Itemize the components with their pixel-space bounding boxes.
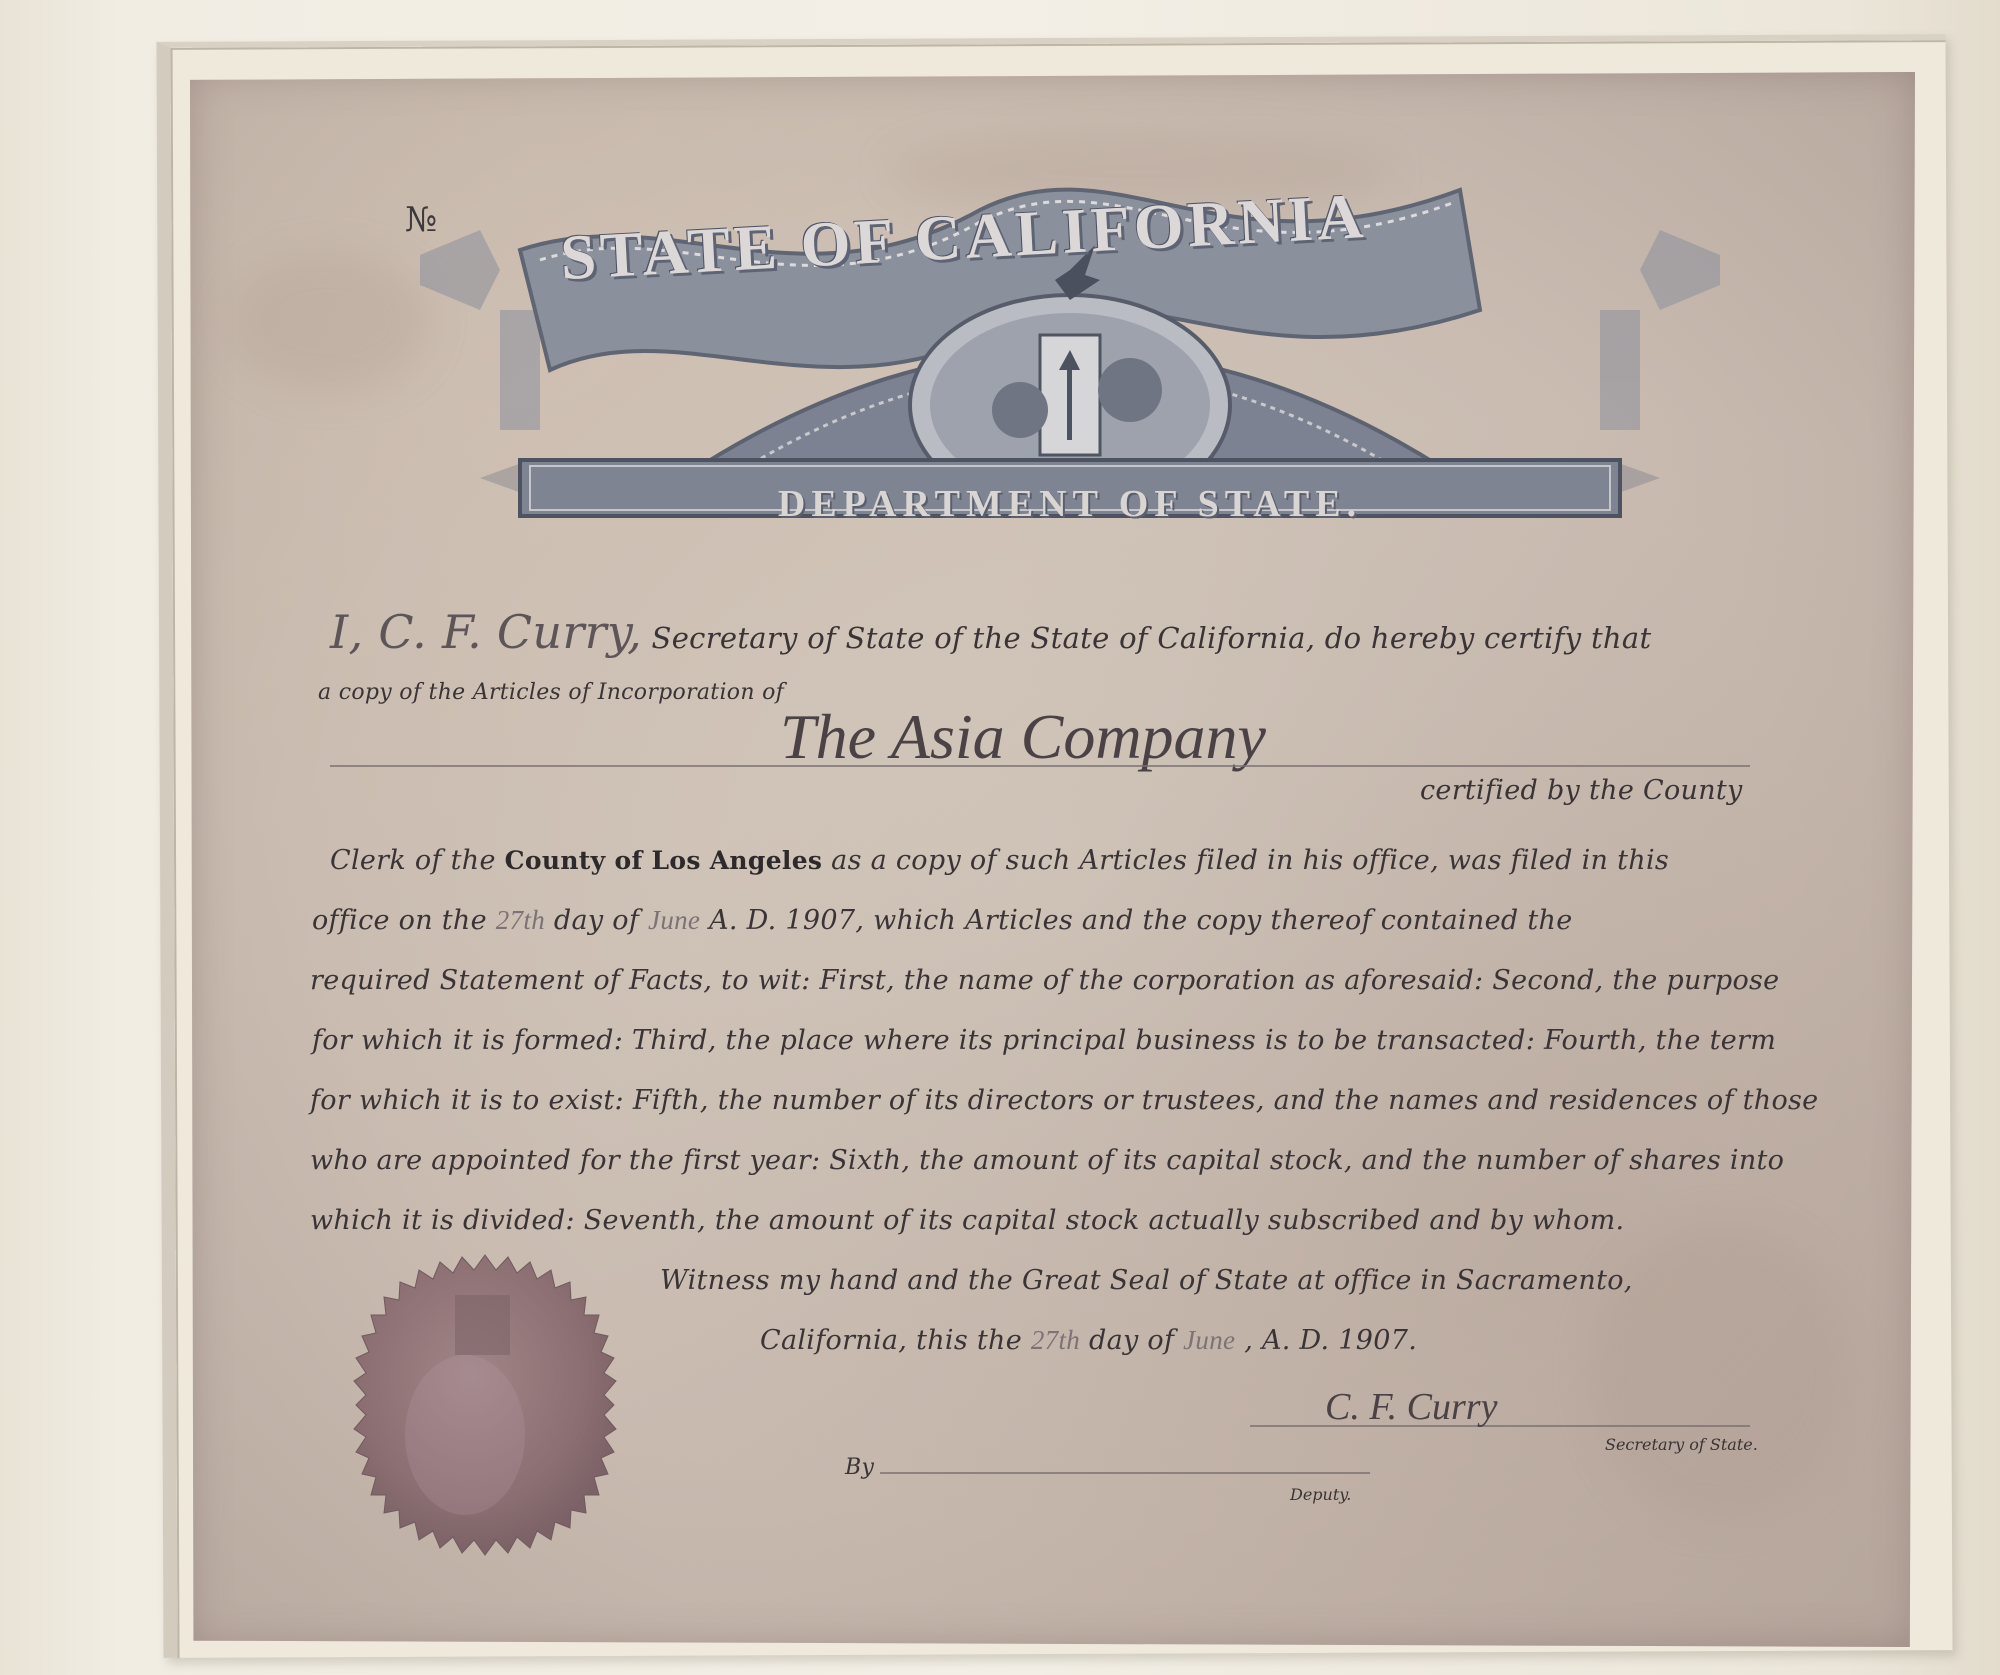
attestation-mid: day of <box>1089 1325 1174 1356</box>
certificate-line-1: I, C. F. Curry, Secretary of State of th… <box>330 605 1651 659</box>
line-5-suffix: A. D. 1907, which Articles and the copy … <box>709 905 1572 936</box>
deputy-label: Deputy. <box>1290 1485 1351 1504</box>
certificate-line-4: Clerk of the County of Los Angeles as a … <box>330 845 1669 876</box>
certificate-line-2: a copy of the Articles of Incorporation … <box>318 680 784 705</box>
stain <box>230 252 430 392</box>
county-name: County of Los Angeles <box>505 846 823 875</box>
certificate-line-9: who are appointed for the first year: Si… <box>310 1145 1784 1176</box>
certificate-line-6: required Statement of Facts, to wit: Fir… <box>310 965 1779 996</box>
signer-name: I, C. F. Curry, <box>330 605 642 659</box>
great-seal <box>330 1250 640 1560</box>
line-1-text: Secretary of State of the State of Calif… <box>652 621 1652 655</box>
attestation-day: 27th <box>1031 1325 1080 1355</box>
attestation-line-1: Witness my hand and the Great Seal of St… <box>660 1265 1633 1296</box>
attestation-prefix: California, this the <box>760 1325 1022 1356</box>
certificate-line-7: for which it is formed: Third, the place… <box>312 1025 1776 1056</box>
signature: C. F. Curry <box>1325 1385 1497 1429</box>
certificate-line-8: for which it is to exist: Fifth, the num… <box>310 1085 1818 1116</box>
department-title: DEPARTMENT OF STATE. <box>420 482 1720 526</box>
certificate-line-5: office on the 27th day of June A. D. 190… <box>312 905 1572 936</box>
attestation-year: , A. D. 1907. <box>1244 1325 1417 1356</box>
company-name-rule <box>330 765 1750 767</box>
line-4-suffix: as a copy of such Articles filed in his … <box>831 845 1669 876</box>
line-5-prefix: office on the <box>312 905 487 936</box>
attestation-month: June <box>1183 1325 1235 1355</box>
starburst-seal-icon <box>330 1250 640 1560</box>
by-label: By <box>845 1455 874 1480</box>
line-5-mid: day of <box>554 905 639 936</box>
filing-month: June <box>648 905 700 935</box>
company-name: The Asia Company <box>780 700 1266 774</box>
certificate-line-3: certified by the County <box>1420 775 1743 806</box>
deputy-signature-rule <box>880 1472 1370 1474</box>
line-4-prefix: Clerk of the <box>330 845 496 876</box>
attestation-line-2: California, this the 27th day of June , … <box>760 1325 1417 1356</box>
filing-day: 27th <box>496 905 545 935</box>
certificate-line-10: which it is divided: Seventh, the amount… <box>310 1205 1624 1236</box>
secretary-of-state-label: Secretary of State. <box>1605 1435 1758 1454</box>
